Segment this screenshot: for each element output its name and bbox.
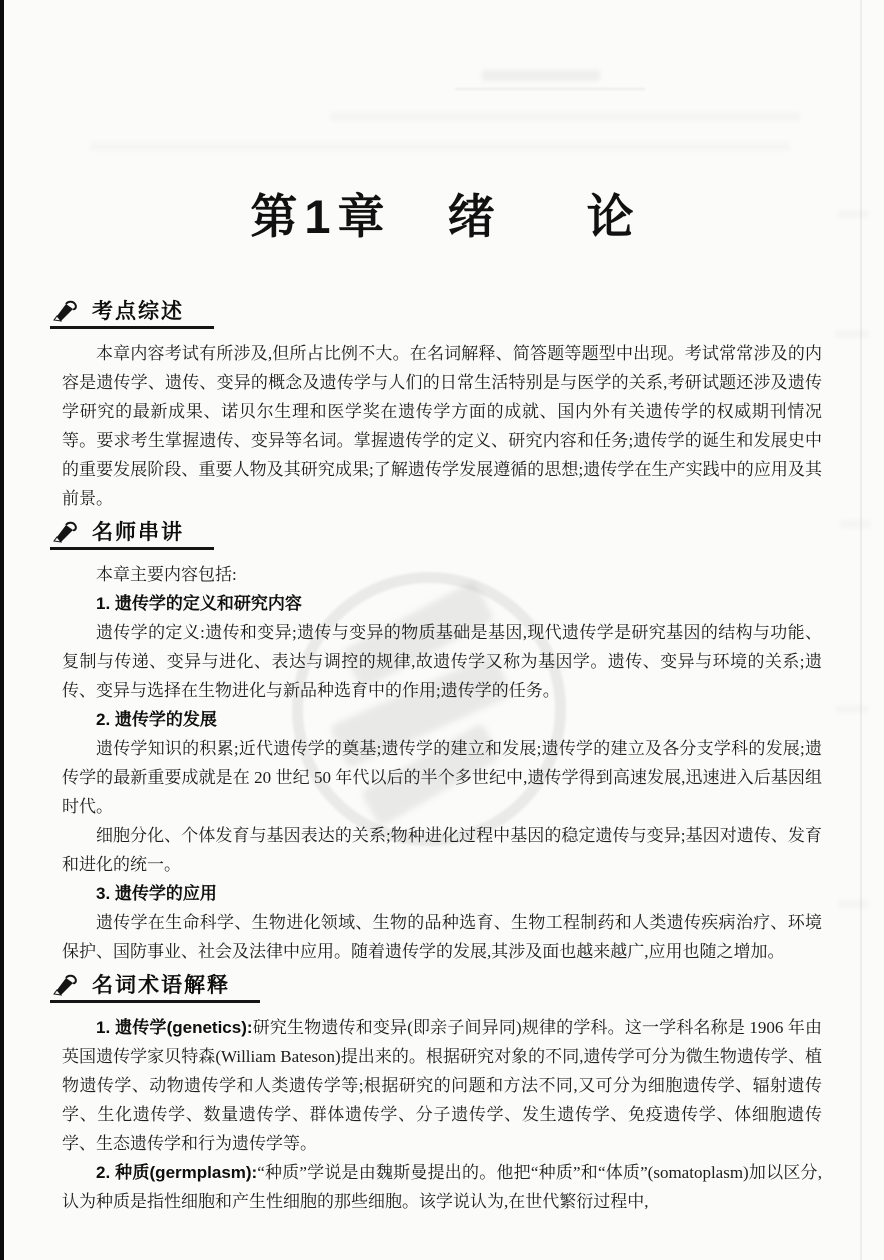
body-paragraph: 本章内容考试有所涉及,但所占比例不大。在名词解释、简答题等题型中出现。考试常常涉… (62, 339, 822, 513)
bleed-through-artifact (455, 88, 645, 90)
bleed-through-artifact (482, 70, 600, 81)
term-name: 2. 种质(germplasm): (96, 1163, 257, 1182)
section-header-teacher-lecture: 名师串讲 (50, 521, 214, 550)
body-paragraph: 细胞分化、个体发育与基因表达的关系;物种进化过程中基因的稳定遗传与变异;基因对遗… (62, 821, 822, 879)
bleed-through-artifact (838, 900, 868, 908)
pen-nib-icon (50, 521, 86, 545)
scanned-textbook-page: 第1章 绪 论 考点综述 本章内容考试有所涉及,但所占比例不大。在名词解释、简答… (0, 0, 884, 1260)
numbered-heading: 1. 遗传学的定义和研究内容 (62, 589, 822, 618)
bleed-through-artifact (90, 142, 790, 151)
pen-nib-icon (50, 300, 86, 324)
bleed-through-artifact (836, 705, 868, 713)
section-header-label: 考点综述 (92, 300, 184, 324)
numbered-heading: 3. 遗传学的应用 (62, 879, 822, 908)
body-paragraph: 遗传学在生命科学、生物进化领域、生物的品种选育、生物工程制药和人类遗传疾病治疗、… (62, 908, 822, 966)
section-intro: 本章主要内容包括: (62, 560, 822, 589)
body-paragraph: 遗传学知识的积累;近代遗传学的奠基;遗传学的建立和发展;遗传学的建立及各分支学科… (62, 734, 822, 821)
section-header-exam-points-overview: 考点综述 (50, 300, 214, 329)
numbered-heading: 2. 遗传学的发展 (62, 705, 822, 734)
term-body: 研究生物遗传和变异(即亲子间异同)规律的学科。这一学科名称是 1906 年由英国… (62, 1018, 822, 1153)
section-header-label: 名师串讲 (92, 521, 184, 545)
chapter-title-char-1: 绪 (448, 180, 495, 247)
chapter-title-char-2: 论 (587, 180, 634, 247)
term-definition: 2. 种质(germplasm):“种质”学说是由魏斯曼提出的。他把“种质”和“… (62, 1158, 822, 1216)
chapter-title: 第1章 绪 论 (0, 180, 884, 247)
bleed-through-artifact (840, 520, 870, 528)
pen-nib-icon (50, 974, 86, 998)
section-header-label: 名词术语解释 (92, 974, 230, 998)
chapter-number: 第1章 (250, 180, 391, 247)
page-content: 考点综述 本章内容考试有所涉及,但所占比例不大。在名词解释、简答题等题型中出现。… (62, 300, 822, 1216)
section-header-terms-explanation: 名词术语解释 (50, 974, 260, 1003)
body-paragraph: 遗传学的定义:遗传和变异;遗传与变异的物质基础是基因,现代遗传学是研究基因的结构… (62, 618, 822, 705)
term-name: 1. 遗传学(genetics): (96, 1018, 253, 1037)
term-definition: 1. 遗传学(genetics):研究生物遗传和变异(即亲子间异同)规律的学科。… (62, 1013, 822, 1158)
bleed-through-artifact (330, 112, 800, 121)
bleed-through-artifact (835, 330, 869, 338)
